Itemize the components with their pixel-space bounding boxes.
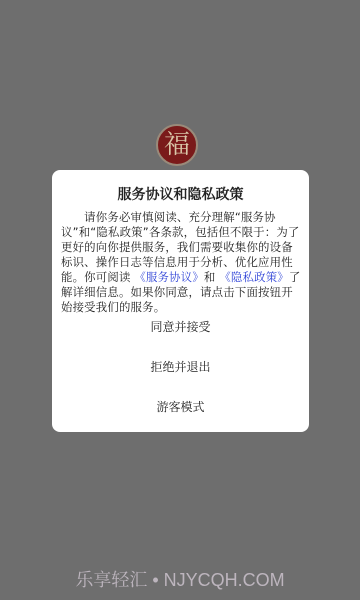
privacy-dialog: 服务协议和隐私政策 请你务必审慎阅读、充分理解“服务协议”和“隐私政策”各条款，… (52, 170, 309, 432)
and-text: 和 (204, 270, 216, 284)
dialog-title: 服务协议和隐私政策 (52, 184, 309, 204)
accept-button[interactable]: 同意并接受 (52, 318, 309, 335)
reject-exit-button[interactable]: 拒绝并退出 (52, 358, 309, 375)
service-agreement-link[interactable]: 《服务协议》 (134, 270, 204, 284)
dialog-body: 请你务必审慎阅读、充分理解“服务协议”和“隐私政策”各条款，包括但不限于：为了更… (61, 210, 301, 315)
fu-logo-icon: 福 (156, 124, 198, 166)
watermark: 乐享轻汇 • NJYCQH.COM (0, 566, 360, 592)
privacy-policy-link[interactable]: 《隐私政策》 (219, 270, 289, 284)
guest-mode-button[interactable]: 游客模式 (52, 398, 309, 415)
